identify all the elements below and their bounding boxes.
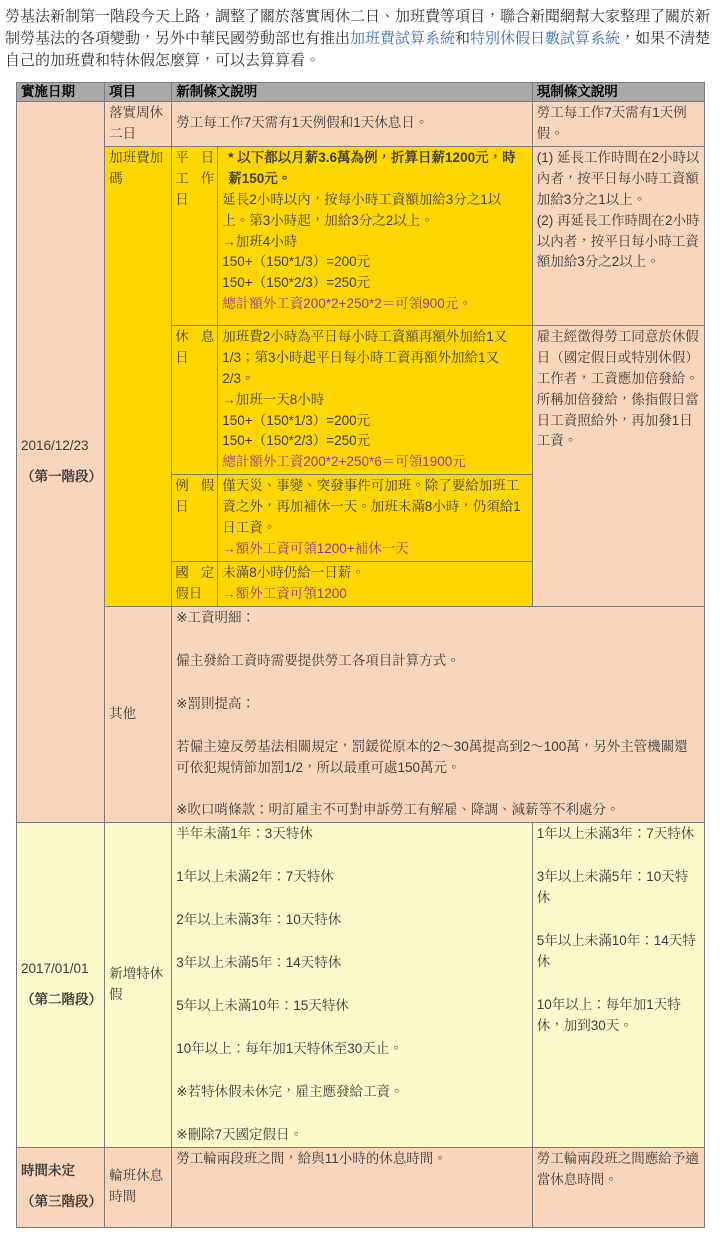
- intro-text-2: 和: [455, 30, 470, 47]
- special-leave-new-note: ※刪除7天國定假日。: [176, 1125, 528, 1146]
- new-cell-workday: * 以下都以月薪3.6萬為例，折算日薪1200元，時薪150元。 延長2小時以內…: [218, 146, 532, 325]
- stage2-date: 2017/01/01: [21, 959, 100, 980]
- workday-calc-2: 150+（150*2/3）=250元: [222, 273, 527, 294]
- row-other: 其他 ※工資明細： 僱主發給工資時需要提供勞工各項目計算方式。 ※罰則提高： 若…: [17, 606, 705, 823]
- other-penalty-text: 若僱主違反勞基法相關規定，罰鍰從原本的2～30萬提高到2～100萬，另外主管機關…: [176, 737, 700, 779]
- stage1-date: 2016/12/23: [21, 436, 100, 457]
- current-cell-shift-rest: 勞工輪兩段班之間應給予適當休息時間。: [532, 1147, 704, 1227]
- header-item: 項目: [105, 83, 172, 102]
- special-leave-current-line: 10年以上：每年加1天特休，加到30天。: [537, 995, 700, 1037]
- special-leave-current-line: 1年以上未滿3年：7天特休: [537, 824, 700, 845]
- new-cell-special-leave: 半年未滿1年：3天特休 1年以上未滿2年：7天特休 2年以上未滿3年：10天特休…: [172, 823, 533, 1147]
- item-cell-special-leave: 新增特休假: [105, 823, 172, 1147]
- intro-paragraph: 勞基法新制第一階段今天上路，調整了關於落實周休二日、加班費等項目，聯合新聞網幫大…: [5, 6, 714, 72]
- restday-example-title: →加班一天8小時: [222, 390, 527, 411]
- current-cell-restday: 雇主經徵得勞工同意於休假日（國定假日或特別休假）工作者，工資應加倍發給。所稱加倍…: [532, 325, 704, 606]
- sublabel-national-holiday: 國定假日: [172, 561, 218, 606]
- sublabel-holiday: 例假日: [172, 475, 218, 562]
- row-stage3-shift-rest: 時間未定 （第三階段） 輪班休息時間 勞工輪兩段班之間，給與11小時的休息時間。…: [17, 1147, 705, 1227]
- table-header-row: 實施日期 項目 新制條文說明 現制條文說明: [17, 83, 705, 102]
- holiday-total: →額外工資可領1200+補休一天: [222, 539, 527, 560]
- special-leave-new-line: 2年以上未滿3年：10天特休: [176, 910, 528, 931]
- new-cell-holiday: 僅天災、事變、突發事件可加班。除了要給加班工資之外，再加補休一天。加班未滿8小時…: [218, 475, 532, 562]
- stage3-label: （第三階段）: [21, 1192, 100, 1213]
- special-leave-current-line: 5年以上未滿10年：14天特休: [537, 931, 700, 973]
- workday-example-title: →加班4小時: [222, 232, 527, 253]
- item-cell-shift-rest: 輪班休息時間: [105, 1147, 172, 1227]
- workday-note: * 以下都以月薪3.6萬為例，折算日薪1200元，時薪150元。: [222, 148, 527, 190]
- workday-rule: 延長2小時以內，按每小時工資額加給3分之1以上。第3小時起，加給3分之2以上。: [222, 190, 527, 232]
- other-whistleblower-text: ※吹口哨條款：明訂雇主不可對申訴勞工有解雇、降調、減薪等不利處分。: [176, 800, 700, 821]
- date-cell-stage3: 時間未定 （第三階段）: [17, 1147, 105, 1227]
- special-leave-new-line: 半年未滿1年：3天特休: [176, 824, 528, 845]
- special-leave-new-line: 1年以上未滿2年：7天特休: [176, 867, 528, 888]
- stage2-label: （第二階段）: [21, 990, 100, 1011]
- date-cell-stage1: 2016/12/23 （第一階段）: [17, 102, 105, 823]
- item-cell-overtime: 加班費加碼: [105, 146, 172, 606]
- stage1-label: （第一階段）: [21, 467, 100, 488]
- new-cell-other: ※工資明細： 僱主發給工資時需要提供勞工各項目計算方式。 ※罰則提高： 若僱主違…: [172, 606, 705, 823]
- row-overtime-workday: 加班費加碼 平日工作日 * 以下都以月薪3.6萬為例，折算日薪1200元，時薪1…: [17, 146, 705, 325]
- sublabel-restday: 休息日: [172, 325, 218, 474]
- new-cell-restday: 加班費2小時為平日每小時工資額再額外加給1又1/3；第3小時起平日每小時工資再額…: [218, 325, 532, 474]
- item-cell-other: 其他: [105, 606, 172, 823]
- workday-calc-1: 150+（150*1/3）=200元: [222, 252, 527, 273]
- header-implementation-date: 實施日期: [17, 83, 105, 102]
- current-cell-workday: (1) 延長工作時間在2小時以內者，按平日每小時工資額加給3分之1以上。 (2)…: [532, 146, 704, 325]
- restday-calc-2: 150+（150*2/3）=250元: [222, 431, 527, 452]
- national-holiday-total: →額外工資可領1200: [222, 584, 527, 605]
- workday-total: 總計額外工資200*2+250*2＝可領900元。: [222, 294, 527, 315]
- special-leave-current-line: 3年以上未滿5年：10天特休: [537, 867, 700, 909]
- labor-law-table: 實施日期 項目 新制條文說明 現制條文說明 2016/12/23 （第一階段） …: [16, 82, 705, 1228]
- current-cell-weekly-rest: 勞工每工作7天需有1天例假。: [532, 102, 704, 147]
- holiday-rule: 僅天災、事變、突發事件可加班。除了要給加班工資之外，再加補休一天。加班未滿8小時…: [222, 476, 527, 539]
- restday-total: 總計額外工資200*2+250*6＝可領1900元: [222, 452, 527, 473]
- special-leave-new-note: ※若特休假未休完，雇主應發給工資。: [176, 1082, 528, 1103]
- stage3-date: 時間未定: [21, 1161, 100, 1182]
- special-leave-new-line: 10年以上：每年加1天特休至30天止。: [176, 1039, 528, 1060]
- sublabel-workday: 平日工作日: [172, 146, 218, 325]
- restday-calc-1: 150+（150*1/3）=200元: [222, 411, 527, 432]
- header-current-provisions: 現制條文說明: [532, 83, 704, 102]
- header-new-provisions: 新制條文說明: [172, 83, 533, 102]
- current-cell-special-leave: 1年以上未滿3年：7天特休 3年以上未滿5年：10天特休 5年以上未滿10年：1…: [532, 823, 704, 1147]
- national-holiday-rule: 未滿8小時仍給一日薪。: [222, 563, 527, 584]
- page: 勞基法新制第一階段今天上路，調整了關於落實周休二日、加班費等項目，聯合新聞網幫大…: [0, 0, 720, 1236]
- new-cell-shift-rest: 勞工輪兩段班之間，給與11小時的休息時間。: [172, 1147, 533, 1227]
- other-wage-detail-title: ※工資明細：: [176, 608, 700, 629]
- restday-rule: 加班費2小時為平日每小時工資額再額外加給1又1/3；第3小時起平日每小時工資再額…: [222, 327, 527, 390]
- special-leave-calculator-link[interactable]: 特別休假日數試算系統: [470, 30, 620, 47]
- other-penalty-title: ※罰則提高：: [176, 694, 700, 715]
- row-stage2-special-leave: 2017/01/01 （第二階段） 新增特休假 半年未滿1年：3天特休 1年以上…: [17, 823, 705, 1147]
- new-cell-weekly-rest: 勞工每工作7天需有1天例假和1天休息日。: [172, 102, 533, 147]
- special-leave-new-line: 5年以上未滿10年：15天特休: [176, 996, 528, 1017]
- special-leave-new-line: 3年以上未滿5年：14天特休: [176, 953, 528, 974]
- new-cell-national-holiday: 未滿8小時仍給一日薪。 →額外工資可領1200: [218, 561, 532, 606]
- date-cell-stage2: 2017/01/01 （第二階段）: [17, 823, 105, 1147]
- row-weekly-rest: 2016/12/23 （第一階段） 落實周休二日 勞工每工作7天需有1天例假和1…: [17, 102, 705, 147]
- other-wage-detail-text: 僱主發給工資時需要提供勞工各項目計算方式。: [176, 651, 700, 672]
- item-cell-weekly-rest: 落實周休二日: [105, 102, 172, 147]
- overtime-calculator-link[interactable]: 加班費試算系統: [350, 30, 455, 47]
